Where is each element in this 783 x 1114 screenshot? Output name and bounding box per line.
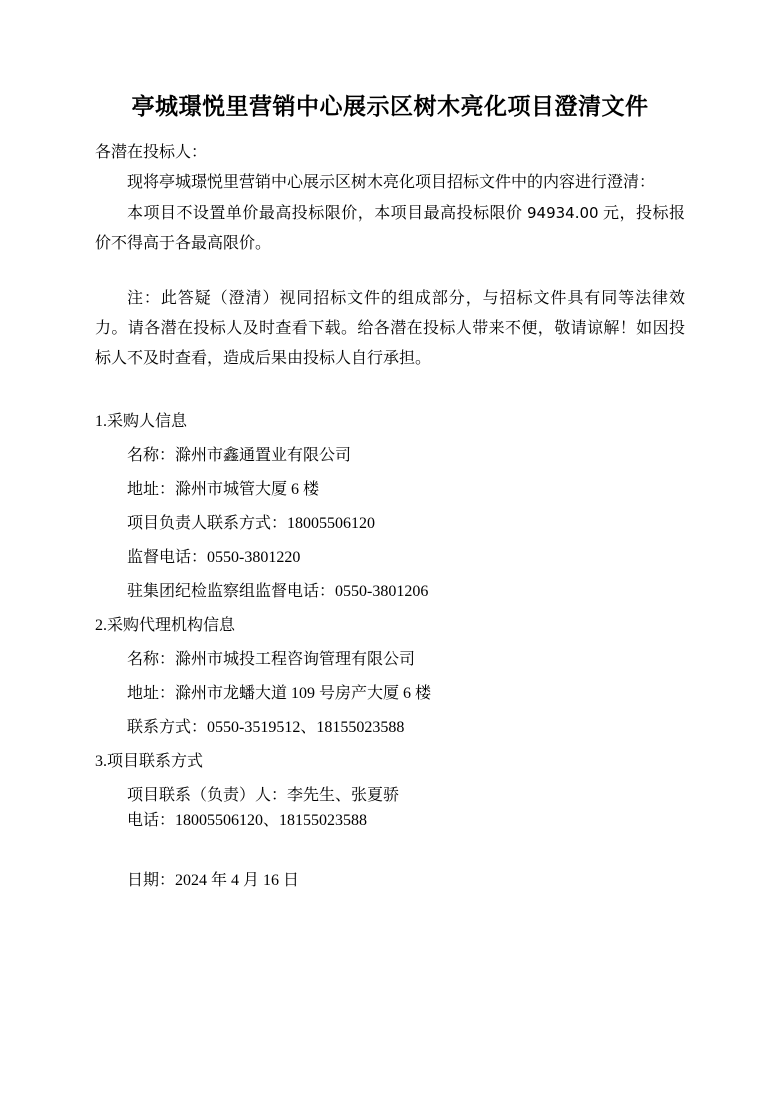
section-heading-agency: 2.采购代理机构信息	[95, 611, 685, 641]
intro-paragraph: 现将亭城璟悦里营销中心展示区树木亮化项目招标文件中的内容进行澄清：	[95, 168, 685, 198]
document-date: 日期：2024 年 4 月 16 日	[95, 866, 685, 896]
purchaser-address: 地址：滁州市城管大厦 6 楼	[95, 475, 685, 505]
purchaser-supervision-phone: 监督电话：0550-3801220	[95, 543, 685, 573]
agency-contact: 联系方式：0550-3519512、18155023588	[95, 713, 685, 743]
purchaser-discipline-phone: 驻集团纪检监察组监督电话：0550-3801206	[95, 577, 685, 607]
section-heading-purchaser: 1.采购人信息	[95, 407, 685, 437]
document-page: 亭城璟悦里营销中心展示区树木亮化项目澄清文件 各潜在投标人： 现将亭城璟悦里营销…	[0, 0, 783, 1114]
note-paragraph: 注：此答疑（澄清）视同招标文件的组成部分，与招标文件具有同等法律效力。请各潜在投…	[95, 284, 685, 374]
salutation-line: 各潜在投标人：	[95, 138, 685, 168]
agency-address: 地址：滁州市龙蟠大道 109 号房产大厦 6 楼	[95, 679, 685, 709]
section-heading-project-contact: 3.项目联系方式	[95, 747, 685, 777]
price-clause-prefix: 本项目不设置单价最高投标限价，本项目最高投标限价	[127, 205, 527, 222]
agency-name: 名称：滁州市城投工程咨询管理有限公司	[95, 645, 685, 675]
price-clause-paragraph: 本项目不设置单价最高投标限价，本项目最高投标限价 94934.00 元，投标报价…	[95, 198, 685, 259]
purchaser-manager-contact: 项目负责人联系方式：18005506120	[95, 509, 685, 539]
max-price-amount: 94934.00	[527, 204, 599, 222]
page-title: 亭城璟悦里营销中心展示区树木亮化项目澄清文件	[95, 90, 685, 122]
purchaser-name: 名称：滁州市鑫通置业有限公司	[95, 441, 685, 471]
